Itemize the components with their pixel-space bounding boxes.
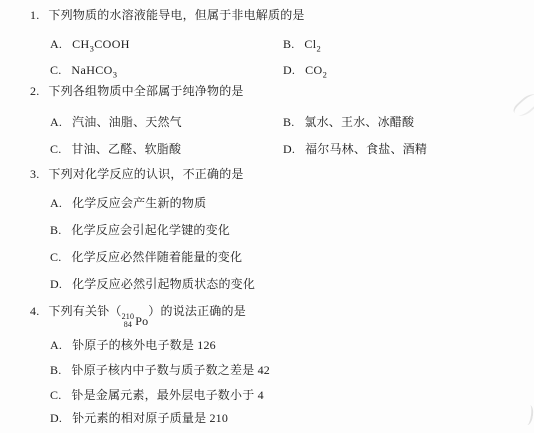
question-1-stem: 1.下列物质的水溶液能导电，但属于非电解质的是 bbox=[30, 8, 305, 23]
option-label: B. bbox=[50, 363, 61, 378]
option-label: A. bbox=[50, 338, 62, 353]
option-label: D. bbox=[283, 142, 295, 157]
chemical-formula: CO2 bbox=[305, 63, 327, 77]
question-2-option-b: B.氯水、王水、冰醋酸 bbox=[283, 115, 414, 130]
option-label: D. bbox=[50, 277, 62, 292]
option-text: 化学反应会产生新的物质 bbox=[72, 196, 206, 210]
option-text: 氯水、王水、冰醋酸 bbox=[304, 115, 414, 129]
chemical-formula: CH3COOH bbox=[72, 37, 130, 51]
option-text: 化学反应会引起化学键的变化 bbox=[71, 223, 230, 237]
chemical-formula: Cl2 bbox=[304, 37, 321, 51]
question-3-option-a: A.化学反应会产生新的物质 bbox=[50, 196, 206, 211]
question-2-option-d: D.福尔马林、食盐、酒精 bbox=[283, 142, 427, 157]
question-text-post: ）的说法正确的是 bbox=[148, 304, 246, 318]
option-label: B. bbox=[283, 37, 294, 52]
question-number: 4. bbox=[30, 304, 39, 319]
option-text: 钋原子的核外电子数是 126 bbox=[72, 338, 216, 352]
question-1-option-d: D.CO2 bbox=[283, 63, 327, 78]
exam-page: 1.下列物质的水溶液能导电，但属于非电解质的是 A.CH3COOH B.Cl2 … bbox=[0, 0, 534, 433]
option-label: D. bbox=[50, 411, 62, 426]
question-4-stem: 4.下列有关钋（21084Po）的说法正确的是 bbox=[30, 304, 246, 329]
question-2-option-c: C.甘油、乙醛、软脂酸 bbox=[50, 142, 181, 157]
option-label: C. bbox=[50, 142, 61, 157]
option-label: B. bbox=[283, 115, 294, 130]
question-3-stem: 3.下列对化学反应的认识，不正确的是 bbox=[30, 167, 244, 182]
element-symbol: Po bbox=[135, 314, 148, 329]
question-4-option-b: B.钋原子核内中子数与质子数之差是 42 bbox=[50, 363, 270, 378]
question-4-option-d: D.钋元素的相对原子质量是 210 bbox=[50, 411, 228, 426]
question-1-option-b: B.Cl2 bbox=[283, 37, 321, 52]
question-1-option-a: A.CH3COOH bbox=[50, 37, 130, 52]
question-number: 1. bbox=[30, 8, 39, 23]
isotope-numbers: 21084 bbox=[122, 313, 135, 329]
question-2-option-a: A.汽油、油脂、天然气 bbox=[50, 115, 182, 130]
option-label: B. bbox=[50, 223, 61, 238]
chemical-formula: NaHCO3 bbox=[71, 63, 117, 77]
option-text: 钋原子核内中子数与质子数之差是 42 bbox=[71, 363, 270, 377]
question-1-option-c: C.NaHCO3 bbox=[50, 63, 117, 78]
option-text: 钋元素的相对原子质量是 210 bbox=[72, 411, 228, 425]
question-3-option-d: D.化学反应必然引起物质状态的变化 bbox=[50, 277, 255, 292]
question-3-option-b: B.化学反应会引起化学键的变化 bbox=[50, 223, 230, 238]
question-4-option-c: C.钋是金属元素，最外层电子数小于 4 bbox=[50, 388, 264, 403]
question-number: 2. bbox=[30, 84, 39, 99]
option-label: A. bbox=[50, 37, 62, 52]
scan-artifact bbox=[523, 404, 534, 425]
question-3-option-c: C.化学反应必然伴随着能量的变化 bbox=[50, 250, 242, 265]
option-label: C. bbox=[50, 63, 61, 78]
option-label: C. bbox=[50, 388, 61, 403]
option-label: A. bbox=[50, 115, 62, 130]
option-label: A. bbox=[50, 196, 62, 211]
scan-artifact bbox=[510, 92, 534, 118]
option-text: 化学反应必然引起物质状态的变化 bbox=[72, 277, 255, 291]
option-text: 化学反应必然伴随着能量的变化 bbox=[71, 250, 242, 264]
question-text: 下列对化学反应的认识，不正确的是 bbox=[48, 167, 243, 181]
question-text-pre: 下列有关钋（ bbox=[48, 304, 121, 318]
question-text: 下列各组物质中全部属于纯净物的是 bbox=[48, 84, 243, 98]
question-2-stem: 2.下列各组物质中全部属于纯净物的是 bbox=[30, 84, 244, 99]
option-text: 甘油、乙醛、软脂酸 bbox=[71, 142, 181, 156]
option-text: 汽油、油脂、天然气 bbox=[72, 115, 182, 129]
isotope-notation: 21084Po bbox=[122, 313, 149, 329]
question-number: 3. bbox=[30, 167, 39, 182]
question-text: 下列物质的水溶液能导电，但属于非电解质的是 bbox=[48, 8, 304, 22]
option-label: D. bbox=[283, 63, 295, 78]
option-text: 钋是金属元素，最外层电子数小于 4 bbox=[71, 388, 263, 402]
option-label: C. bbox=[50, 250, 61, 265]
question-4-option-a: A.钋原子的核外电子数是 126 bbox=[50, 338, 216, 353]
option-text: 福尔马林、食盐、酒精 bbox=[305, 142, 427, 156]
atomic-number: 84 bbox=[124, 321, 132, 329]
